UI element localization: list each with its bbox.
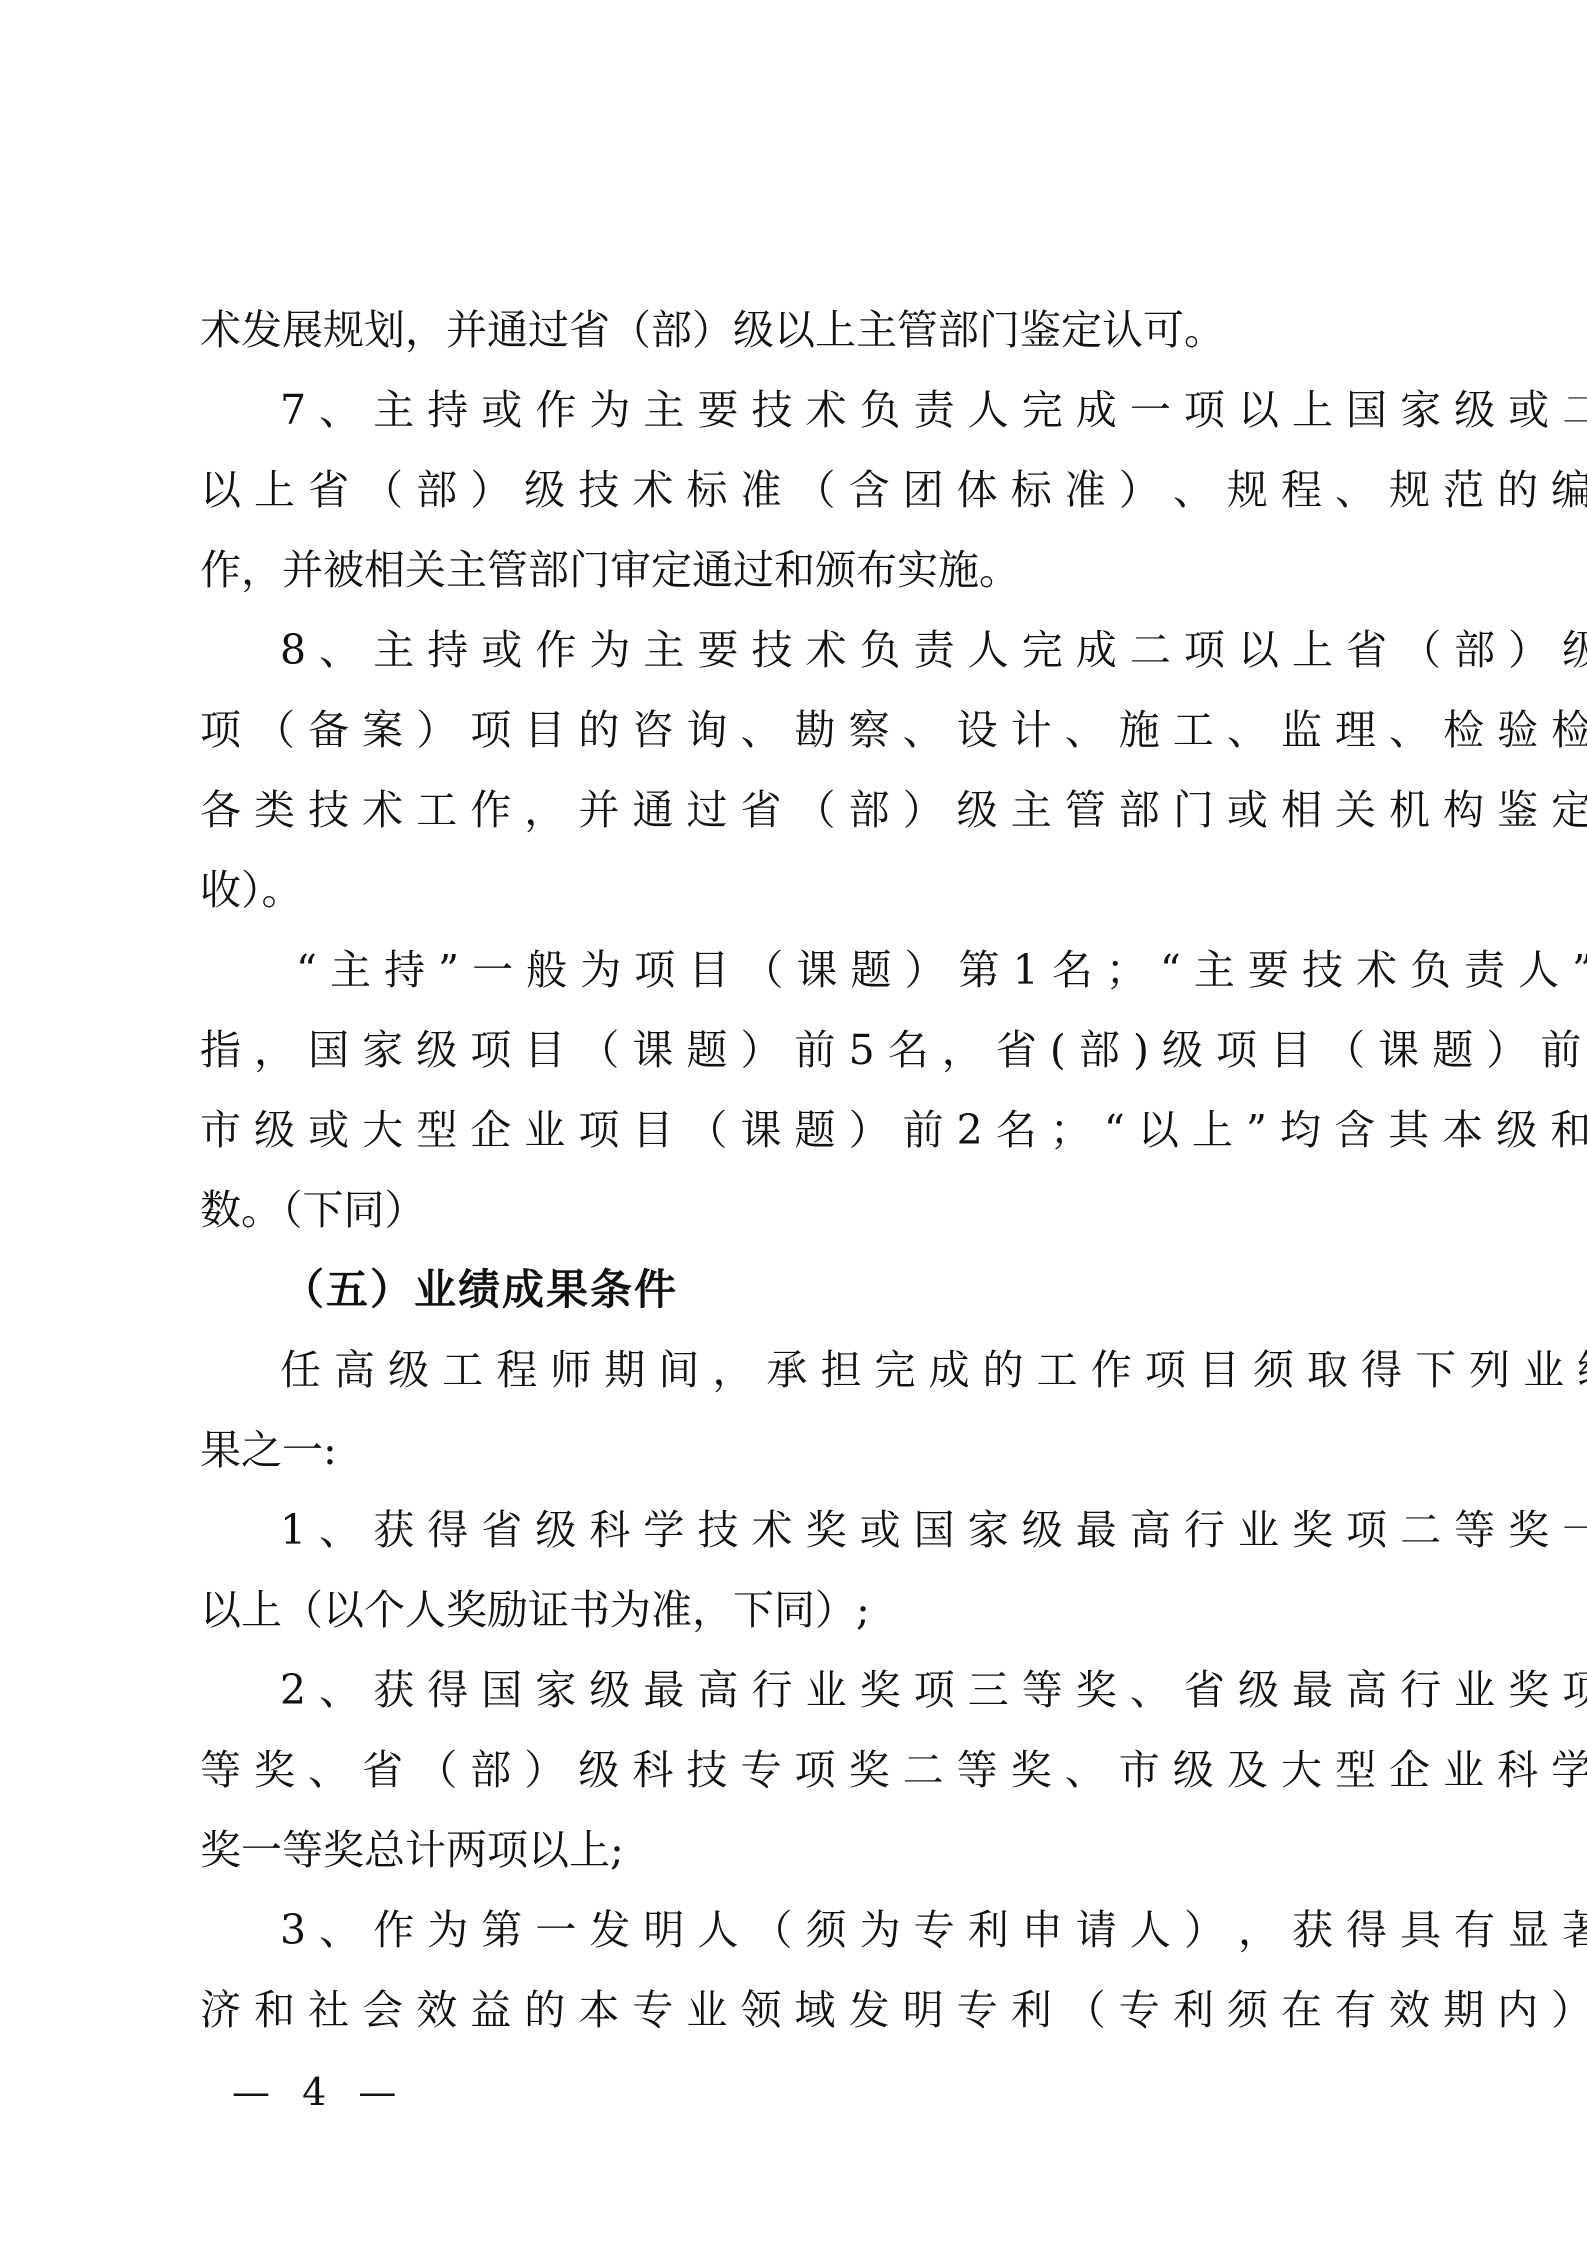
paragraph-achievement-3-line-2: 济​ 和​ 社​ 会​ 效​ 益​ 的​ 本​ 专​ 业​ 领​ 域​ 发​ 明… — [200, 1980, 1392, 2040]
paragraph-note-line-2: 指​ ，​ 国​ 家​ 级​ 项​ 目​ （​ 课​ 题​ ）​ 前​ 5​ 名… — [200, 1020, 1380, 1080]
paragraph-item-8-line-4: 收）。 — [200, 860, 1392, 920]
paragraph-achievement-2-line-1: 2​ 、​ 获​ 得​ 国​ 家​ 级​ 最​ 高​ 行​ 业​ 奖​ 项​ 三… — [280, 1660, 1392, 1720]
paragraph-intro-line-1: 任​ 高​ 级​ 工​ 程​ 师​ 期​ 间​ ，​ 承​ 担​ 完​ 成​ 的… — [280, 1340, 1392, 1400]
section-heading: （五）业绩成果条件 — [282, 1260, 678, 1320]
page-number: — 4 — — [232, 2068, 406, 2116]
paragraph-note-line-3: 市​ 级​ 或​ 大​ 型​ 企​ 业​ 项​ 目​ （​ 课​ 题​ ）​ 前… — [200, 1100, 1392, 1160]
paragraph-item-7-line-3: 作，并被相关主管部门审定通过和颁布实施。 — [200, 540, 1392, 600]
paragraph-item-8-line-1: 8​ 、​ 主​ 持​ 或​ 作​ 为​ 主​ 要​ 技​ 术​ 负​ 责​ 人… — [280, 620, 1392, 680]
document-page: 术发展规划，并通过省（部）级以上主管部门鉴定认可。 7​ 、​ 主​ 持​ 或​… — [0, 0, 1587, 2245]
paragraph-achievement-3-line-1: 3​ 、​ 作​ 为​ 第​ 一​ 发​ 明​ 人​ （​ 须​ 为​ 专​ 利… — [280, 1900, 1392, 1960]
paragraph-item-7-line-2: 以​ 上​ 省​ （​ 部​ ）​ 级​ 技​ 术​ 标​ 准​ （​ 含​ 团… — [200, 460, 1392, 520]
paragraph-achievement-1-line-2: 以上（以个人奖励证书为准，下同）; — [200, 1580, 1392, 1640]
paragraph-item-7-line-1: 7​ 、​ 主​ 持​ 或​ 作​ 为​ 主​ 要​ 技​ 术​ 负​ 责​ 人… — [280, 380, 1392, 440]
paragraph-continuation-line-1: 术发展规划，并通过省（部）级以上主管部门鉴定认可。 — [200, 300, 1392, 360]
paragraph-achievement-2-line-3: 奖一等奖总计两项以上; — [200, 1820, 1392, 1880]
paragraph-item-8-line-3: 各​ 类​ 技​ 术​ 工​ 作​ ，​ 并​ 通​ 过​ 省​ （​ 部​ ）… — [200, 780, 1392, 840]
paragraph-intro-line-2: 果之一: — [200, 1420, 1392, 1480]
paragraph-achievement-2-line-2: 等​ 奖​ 、​ 省​ （​ 部​ ）​ 级​ 科​ 技​ 专​ 项​ 奖​ 二… — [200, 1740, 1392, 1800]
paragraph-note-line-4: 数。（下同） — [200, 1180, 1392, 1240]
paragraph-item-8-line-2: 项​ （​ 备​ 案​ ）​ 项​ 目​ 的​ 咨​ 询​ 、​ 勘​ 察​ 、… — [200, 700, 1392, 760]
paragraph-achievement-1-line-1: 1​ 、​ 获​ 得​ 省​ 级​ 科​ 学​ 技​ 术​ 奖​ 或​ 国​ 家… — [280, 1500, 1392, 1560]
paragraph-note-line-1: “​ 主​ 持​ ”​ 一​ 般​ 为​ 项​ 目​ （​ 课​ 题​ ）​ 第… — [296, 940, 1376, 1000]
